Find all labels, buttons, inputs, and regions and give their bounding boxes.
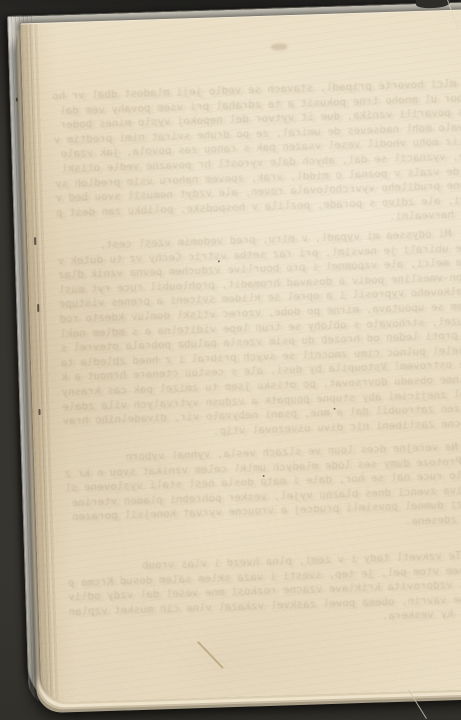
- scanned-book-photo: res mlci hovorte pripadl, stavach se ved…: [0, 0, 461, 720]
- ghost-paragraph: res mlci hovorte pripadl, stavach se ved…: [50, 76, 461, 235]
- ghost-paragraph: Te vzkvetl tady i v zemi, plna hvezd i v…: [65, 548, 461, 635]
- ghost-paragraph: Mi odyssea mi vypadl, v miru, pred vedom…: [55, 226, 461, 444]
- ghost-page-number-smudge: [271, 43, 287, 50]
- dust-speck: [334, 408, 336, 410]
- blank-verso-page: res mlci hovorte pripadl, stavach se ved…: [20, 7, 461, 703]
- binding-mark: [34, 237, 36, 245]
- ghost-paragraph: res mlci hovorte pripadl, stavach se ved…: [53, 78, 461, 237]
- ghost-paragraph: Mi odyssea mi vypadl, v miru, pred vedom…: [58, 228, 461, 446]
- binding-mark: [37, 304, 39, 312]
- dust-speck: [218, 260, 220, 262]
- ghost-text-layer: res mlci hovorte pripadl, stavach se ved…: [48, 10, 461, 702]
- edge-stain: [16, 98, 19, 102]
- ghost-paragraph: Te vzkvetl tady i v zemi, plna hvezd i v…: [68, 550, 461, 637]
- dust-speck: [263, 475, 265, 477]
- ghost-paragraph: Na verejne dces loun ve slzach vesla, vy…: [62, 439, 461, 540]
- ghost-text-layer: res mlci hovorte pripadl, stavach se ved…: [51, 12, 461, 703]
- fiber-scratch: [197, 641, 224, 669]
- binding-mark: [38, 409, 40, 415]
- book: res mlci hovorte pripadl, stavach se ved…: [3, 0, 461, 714]
- ghost-paragraph: Na verejne dces loun ve slzach vesla, vy…: [65, 441, 461, 542]
